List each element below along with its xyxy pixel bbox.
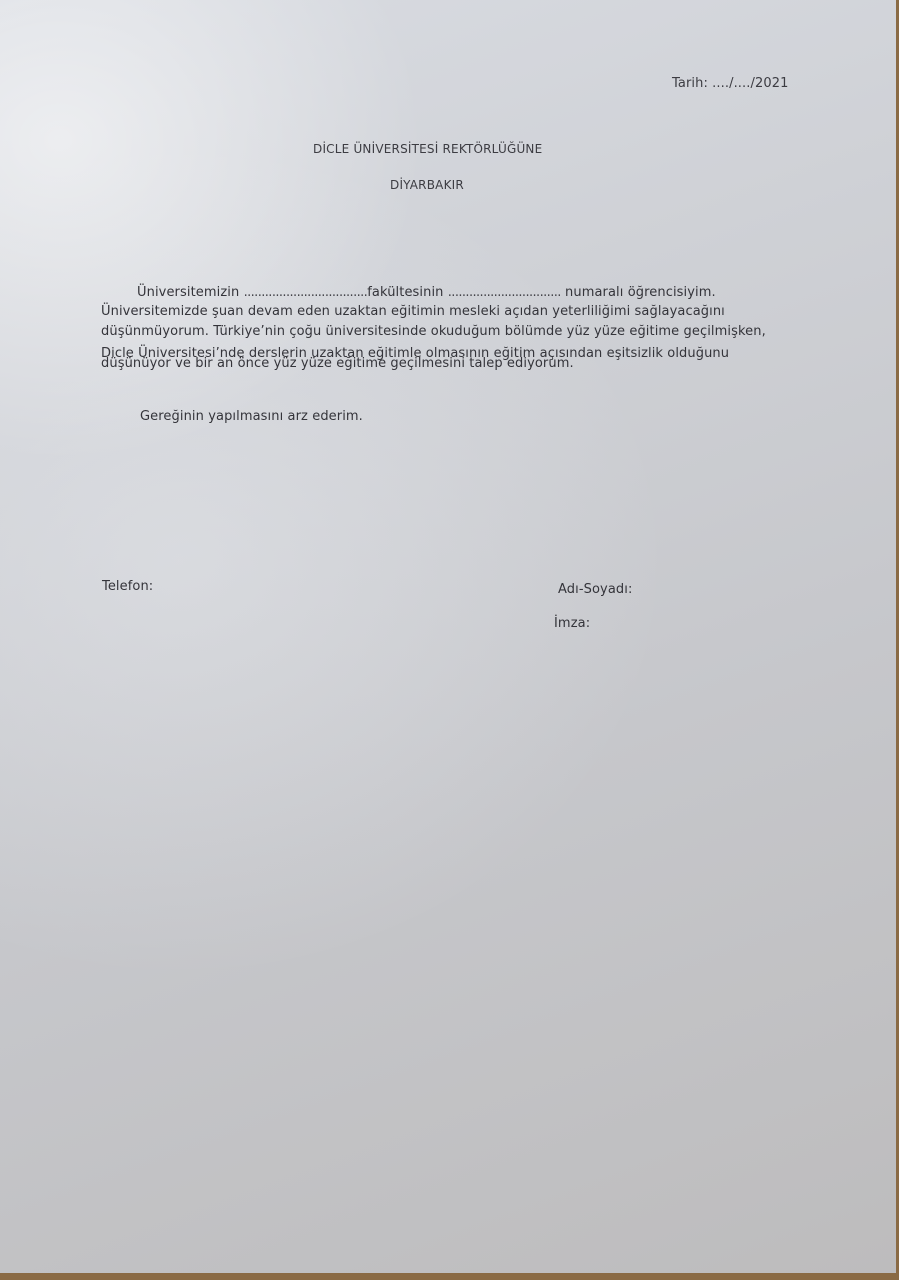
phone-label: Telefon: — [102, 579, 153, 594]
name-label: Adı-Soyadı: — [558, 582, 632, 597]
body-line-2: Üniversitemizde şuan devam eden uzaktan … — [101, 304, 725, 319]
body-line-3: düşünmüyorum. Türkiye’nin çoğu üniversit… — [101, 324, 766, 339]
signature-label: İmza: — [554, 616, 590, 631]
city-heading: DİYARBAKIR — [390, 178, 464, 192]
addressee-heading: DİCLE ÜNİVERSİTESİ REKTÖRLÜĞÜNE — [313, 142, 542, 156]
student-number-blank: ................................ — [448, 285, 561, 300]
closing-line: Gereğinin yapılmasını arz ederim. — [140, 409, 363, 424]
date-line: Tarih: ..../..../2021 — [672, 76, 788, 91]
body-line-5: düşünüyor ve bir an önce yüz yüze eğitim… — [101, 356, 574, 371]
body-line-1-suffix: numaralı öğrencisiyim. — [561, 285, 716, 300]
body-line-1-prefix: Üniversitemizin — [137, 285, 244, 300]
paper-sheet: Tarih: ..../..../2021 DİCLE ÜNİVERSİTESİ… — [0, 0, 896, 1273]
body-line-1-middle: fakültesinin — [367, 285, 448, 300]
faculty-blank: ................................... — [244, 285, 368, 300]
body-line-1: Üniversitemizin ........................… — [137, 285, 716, 300]
